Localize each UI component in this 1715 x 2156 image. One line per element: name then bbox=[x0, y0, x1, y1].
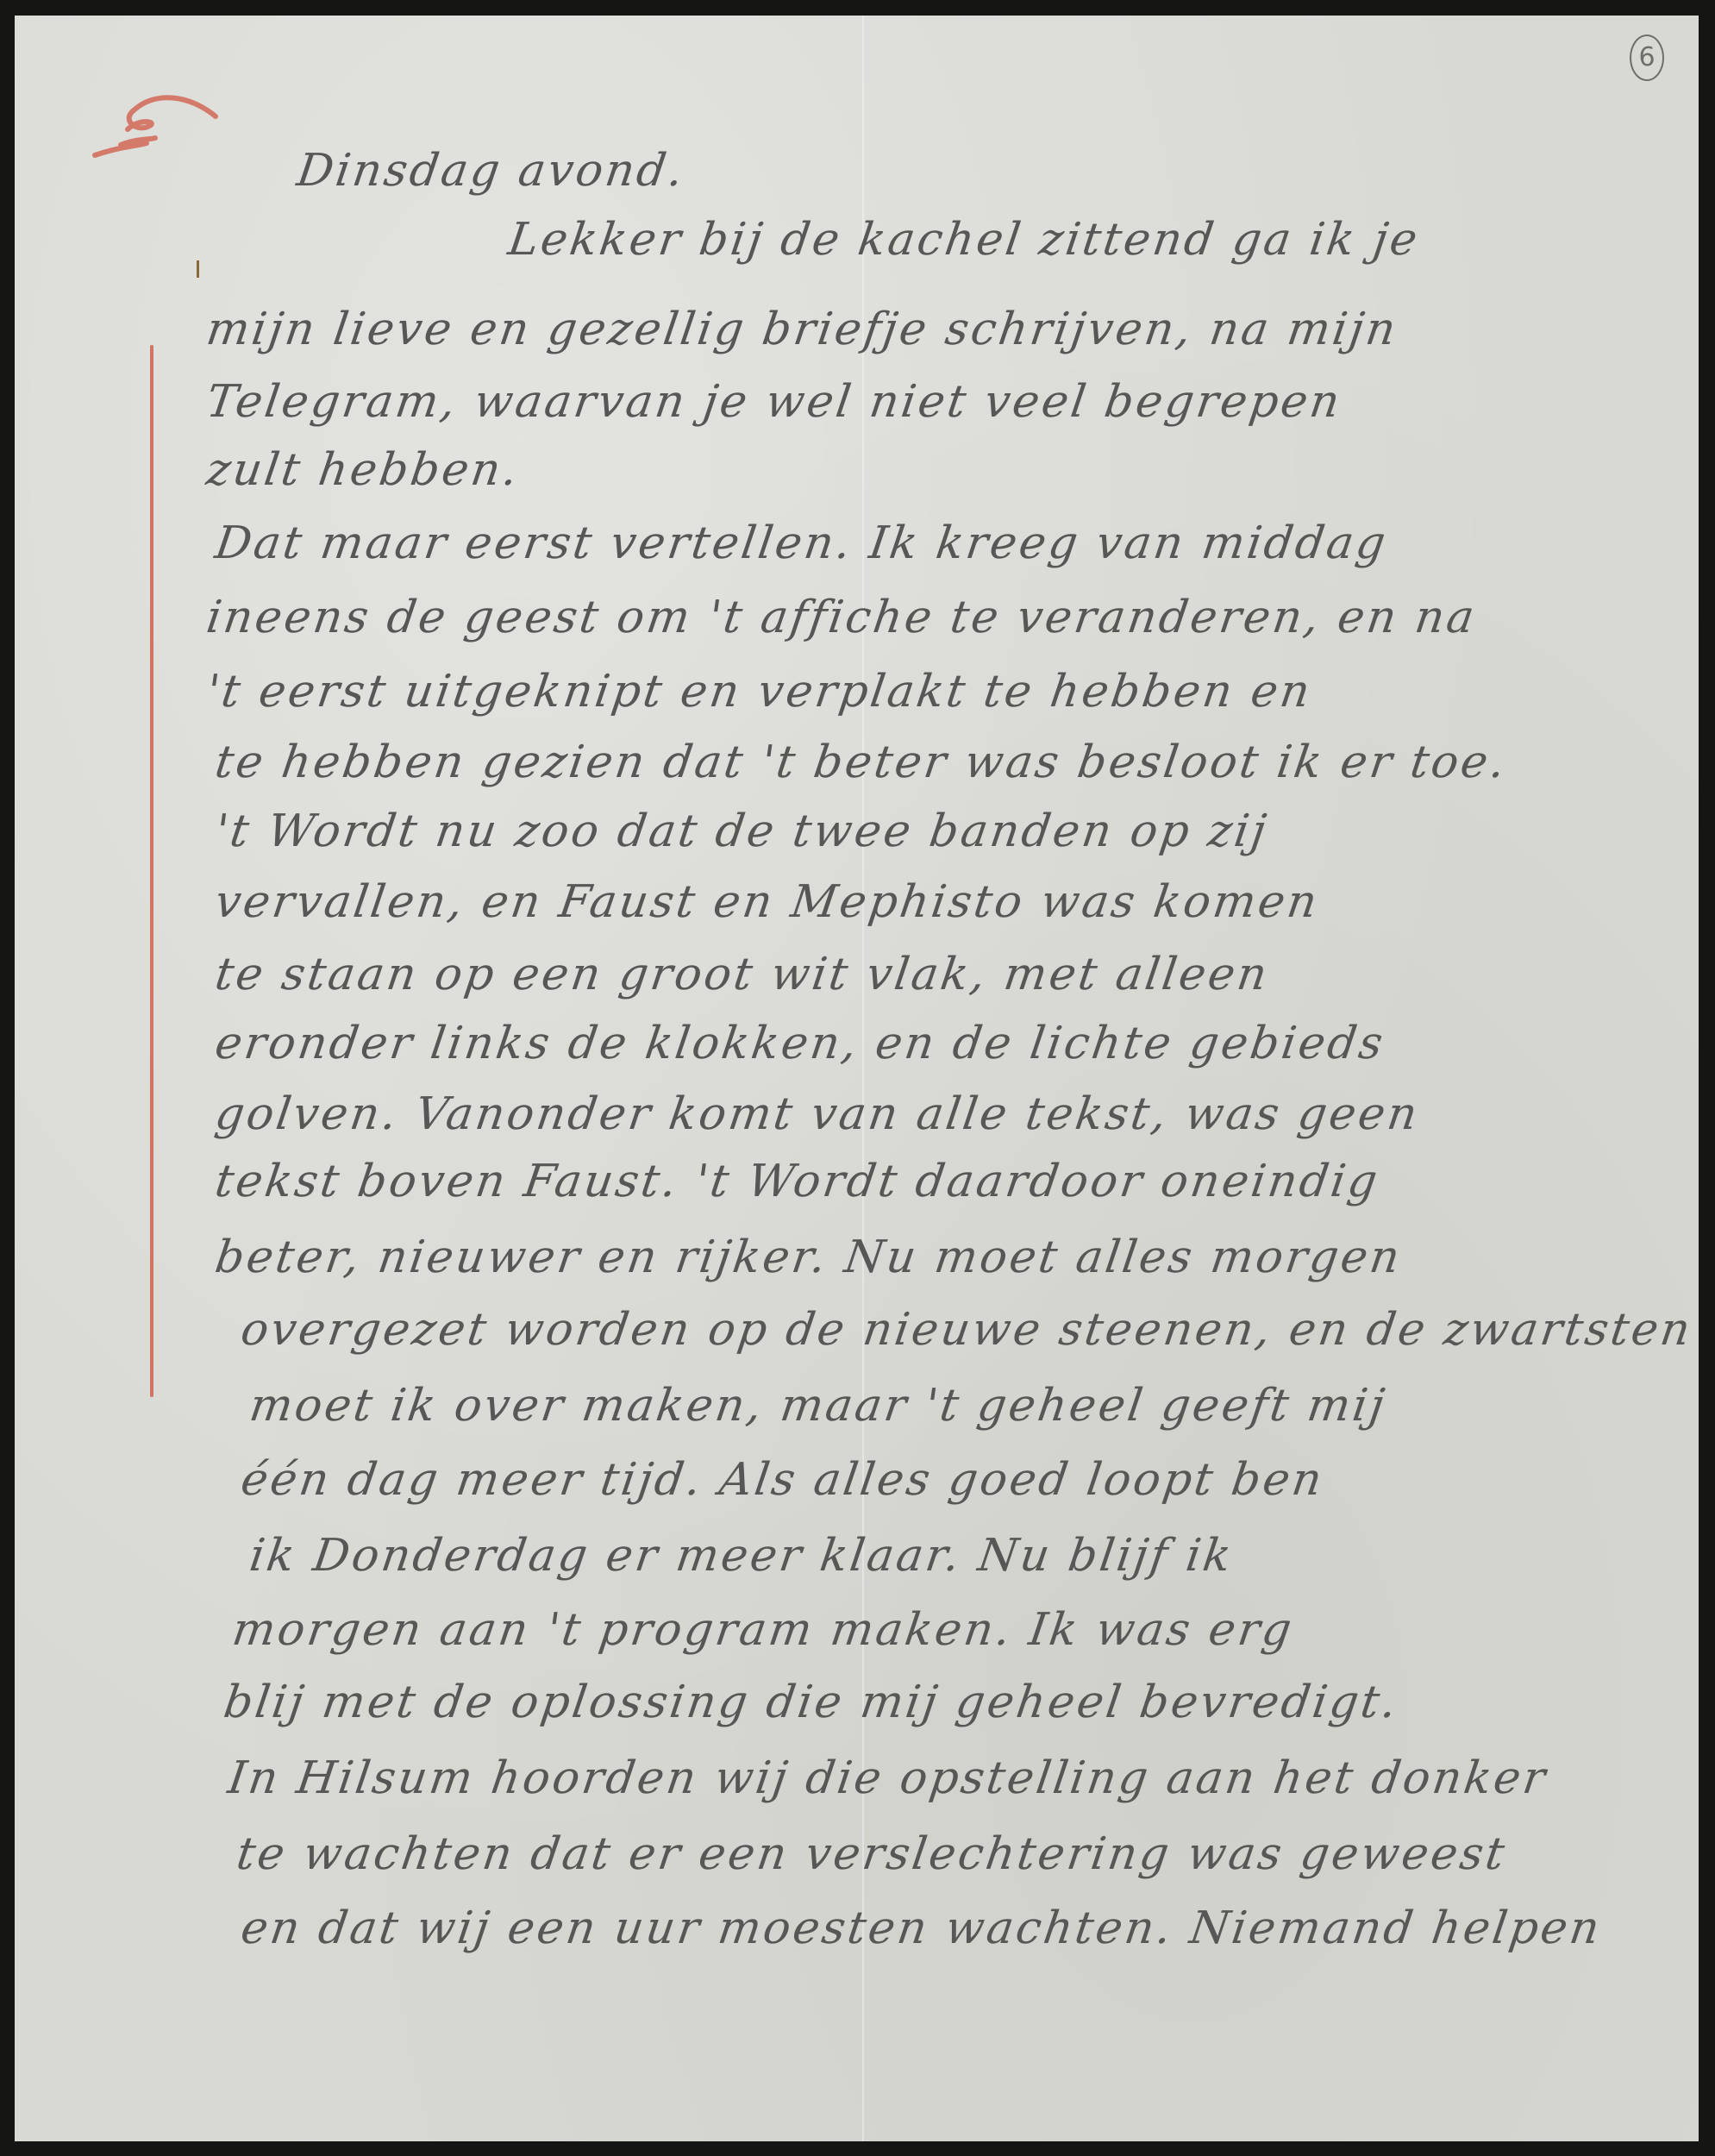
letter-line: overgezet worden op de nieuwe steenen, e… bbox=[238, 1304, 1696, 1356]
letter-line: Telegram, waarvan je wel niet veel begre… bbox=[203, 376, 1345, 428]
letter-line: blij met de oplossing die mij geheel bev… bbox=[221, 1677, 1402, 1728]
letter-line: 't eerst uitgeknipt en verplakt te hebbe… bbox=[203, 666, 1316, 718]
letter-line: golven. Vanonder komt van alle tekst, wa… bbox=[212, 1088, 1423, 1140]
letter-line: ineens de geest om 't affiche te verande… bbox=[203, 592, 1480, 643]
letter-line: en dat wij een uur moesten wachten. Niem… bbox=[238, 1902, 1605, 1954]
letter-line: moet ik over maken, maar 't geheel geeft… bbox=[247, 1380, 1390, 1432]
page-number-circled: 6 bbox=[1630, 34, 1664, 81]
letter-line: vervallen, en Faust en Mephisto was kome… bbox=[212, 876, 1323, 928]
letter-line: beter, nieuwer en rijker. Nu moet alles … bbox=[212, 1232, 1405, 1283]
letter-heading: Dinsdag avond. bbox=[294, 145, 689, 197]
letter-line: te wachten dat er een verslechtering was… bbox=[234, 1828, 1510, 1880]
letter-line: In Hilsum hoorden wij die opstelling aan… bbox=[225, 1752, 1551, 1804]
ink-tick-mark bbox=[197, 260, 199, 278]
letter-line: mijn lieve en gezellig briefje schrijven… bbox=[203, 304, 1401, 355]
letter-line: tekst boven Faust. 't Wordt daardoor one… bbox=[212, 1156, 1383, 1207]
letter-line: eronder links de klokken, en de lichte g… bbox=[212, 1018, 1388, 1069]
letter-line: Dat maar eerst vertellen. Ik kreeg van m… bbox=[212, 517, 1392, 569]
letter-line: één dag meer tijd. Als alles goed loopt … bbox=[238, 1454, 1328, 1506]
deckle-edge bbox=[15, 9, 1699, 21]
red-pencil-number-mark bbox=[86, 86, 224, 172]
letter-line: ik Donderdag er meer klaar. Nu blijf ik bbox=[247, 1530, 1236, 1582]
letter-line: 't Wordt nu zoo dat de twee banden op zi… bbox=[212, 805, 1272, 857]
letter-line: morgen aan 't program maken. Ik was erg bbox=[229, 1604, 1298, 1656]
letter-line: te hebben gezien dat 't beter was besloo… bbox=[212, 736, 1511, 788]
letter-line: Lekker bij de kachel zittend ga ik je bbox=[505, 214, 1423, 266]
red-margin-line bbox=[150, 345, 153, 1397]
letter-line: zult hebben. bbox=[203, 444, 523, 496]
letter-line: te staan op een groot wit vlak, met alle… bbox=[212, 949, 1273, 1000]
